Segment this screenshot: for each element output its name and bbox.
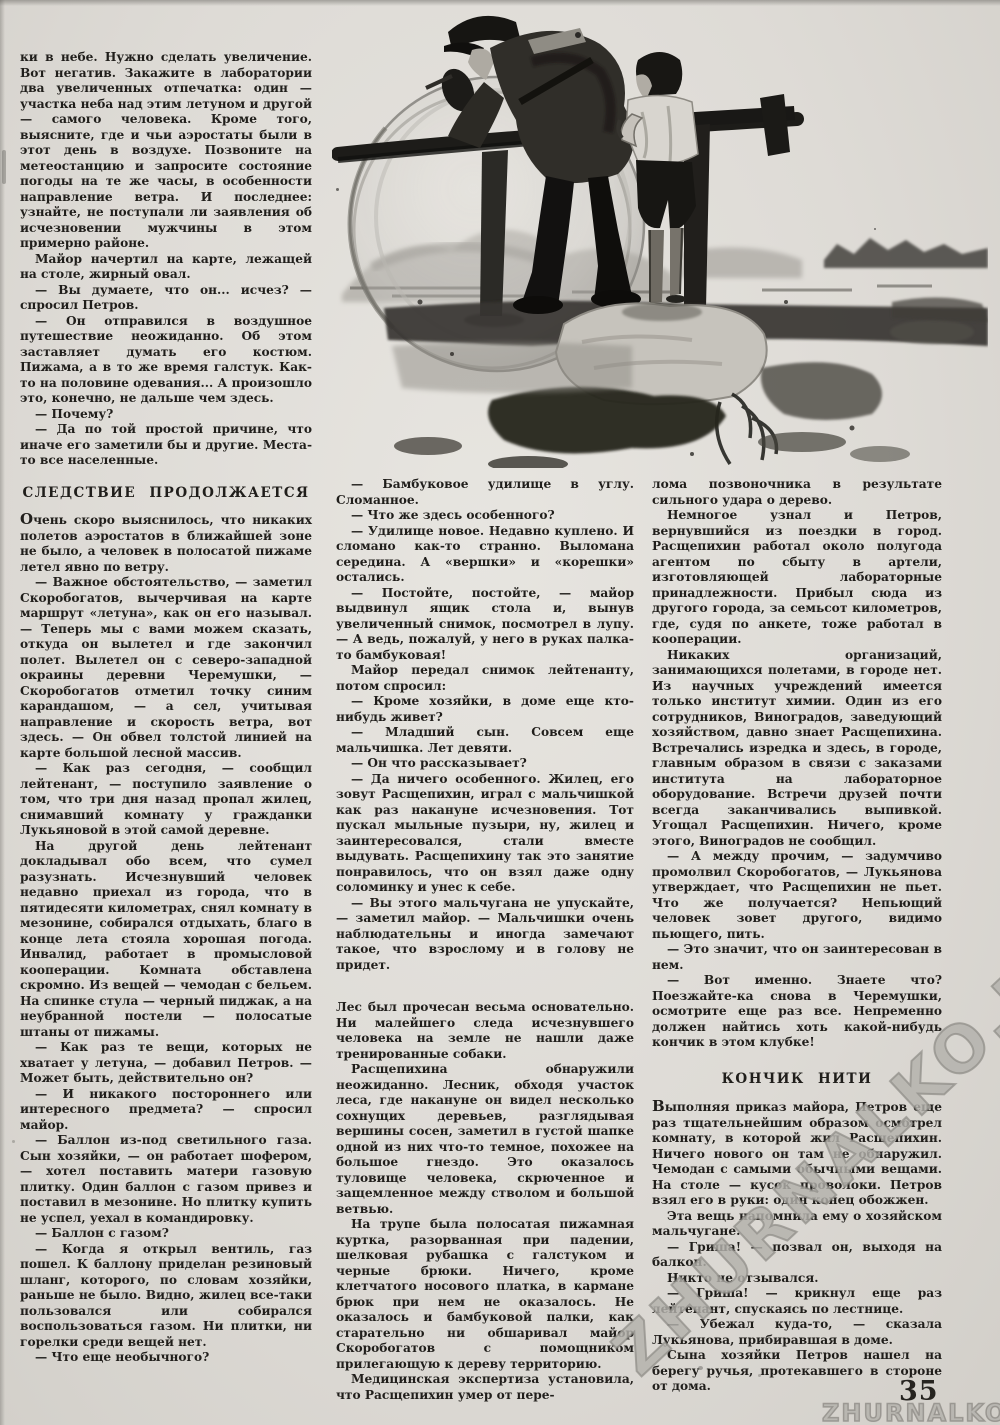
paragraph: — Как раз сегодня, — сообщил лейтенант, … <box>20 761 312 839</box>
heading-investigation-continues: СЛЕДСТВИЕ ПРОДОЛЖАЕТСЯ <box>20 486 312 502</box>
paragraph: Расщепихина обнаружили неожиданно. Лесни… <box>336 1062 634 1217</box>
paragraph: Майор передал снимок лейтенанту, потом с… <box>336 663 634 694</box>
paragraph: На другой день лейтенант докладывал обо … <box>20 839 312 1041</box>
paragraph: Майор начертил на карте, лежащей на стол… <box>20 252 312 283</box>
magazine-page: ки в небе. Нужно сделать увеличение. Вот… <box>0 0 1000 1425</box>
paragraph: — Важное обстоятельство, — заметил Скоро… <box>20 575 312 761</box>
paragraph: лома позвоночника в результате сильного … <box>652 477 942 508</box>
text-column-middle: — Бамбуковое удилище в углу. Сломанное. … <box>336 477 634 1403</box>
paragraph: — Вы этого мальчугана не упускайте, — за… <box>336 896 634 974</box>
ink-speck <box>12 1140 15 1143</box>
paragraph: — Постойте, постойте, — майор выдвинул я… <box>336 586 634 664</box>
paragraph: Медицинская экспертиза установила, что Р… <box>336 1372 634 1403</box>
paragraph: Эта вещь напомнила ему о хозяйском мальч… <box>652 1209 942 1240</box>
paragraph: — Убежал куда-то, — сказала Лукьянова, п… <box>652 1317 942 1348</box>
paragraph: — Это значит, что он заинтересован в нем… <box>652 942 942 973</box>
paragraph: — Младший сын. Совсем еще мальчишка. Лет… <box>336 725 634 756</box>
paragraph: Очень скоро выяснилось, что никаких поле… <box>20 512 312 575</box>
paragraph: На трупе была полосатая пижамная куртка,… <box>336 1217 634 1372</box>
paragraph: — Он что рассказывает? <box>336 756 634 772</box>
ink-speck <box>2 150 6 184</box>
paragraph: — Вот именно. Знаете что? Поезжайте-ка с… <box>652 973 942 1051</box>
section-break <box>336 973 634 1000</box>
illustration <box>332 2 988 468</box>
paragraph: — Гриша! — крикнул еще раз лейтенант, сп… <box>652 1286 942 1317</box>
page-number: 35 <box>899 1376 939 1407</box>
paragraph: — Бамбуковое удилище в углу. Сломанное. <box>336 477 634 508</box>
paragraph: — Да по той простой причине, что иначе е… <box>20 422 312 469</box>
paragraph: — Удилище новое. Недавно куплено. И слом… <box>336 524 634 586</box>
paragraph: — Почему? <box>20 407 312 423</box>
paragraph: — Как раз те вещи, которых не хватает у … <box>20 1040 312 1087</box>
paragraph: Лес был прочесан весьма основательно. Ни… <box>336 1000 634 1062</box>
paragraph: ки в небе. Нужно сделать увеличение. Вот… <box>20 50 312 252</box>
paragraph: Никто не отзывался. <box>652 1271 942 1287</box>
heading-thread-end: КОНЧИК НИТИ <box>652 1072 942 1088</box>
paragraph: — Да ничего особенного. Жилец, его зовут… <box>336 772 634 896</box>
paragraph: Выполняя приказ майора, Петров еще раз т… <box>652 1099 942 1209</box>
paragraph: — Гриша! — позвал он, выходя на балкон. <box>652 1240 942 1271</box>
paragraph: — Он отправился в воздушное путешествие … <box>20 314 312 407</box>
paragraph: — Вы думаете, что он... исчез? — спросил… <box>20 283 312 314</box>
paragraph: — Баллон с газом? <box>20 1226 312 1242</box>
paragraph: Никаких организаций, занимающихся полета… <box>652 648 942 850</box>
paragraph: — Что еще необычного? <box>20 1350 312 1366</box>
text-column-left: ки в небе. Нужно сделать увеличение. Вот… <box>20 50 312 1366</box>
paragraph: — Когда я открыл вентиль, газ пошел. К б… <box>20 1242 312 1351</box>
text-column-right: лома позвоночника в результате сильного … <box>652 477 942 1395</box>
paragraph: — Что же здесь особенного? <box>336 508 634 524</box>
paragraph: — Баллон из-под светильного газа. Сын хо… <box>20 1133 312 1226</box>
paragraph: Немногое узнал и Петров, вернувшийся из … <box>652 508 942 648</box>
paragraph: — Кроме хозяйки, в доме еще кто-нибудь ж… <box>336 694 634 725</box>
paragraph: — И никакого постороннего или интересног… <box>20 1087 312 1134</box>
paragraph: — А между прочим, — задумчиво промолвил … <box>652 849 942 942</box>
